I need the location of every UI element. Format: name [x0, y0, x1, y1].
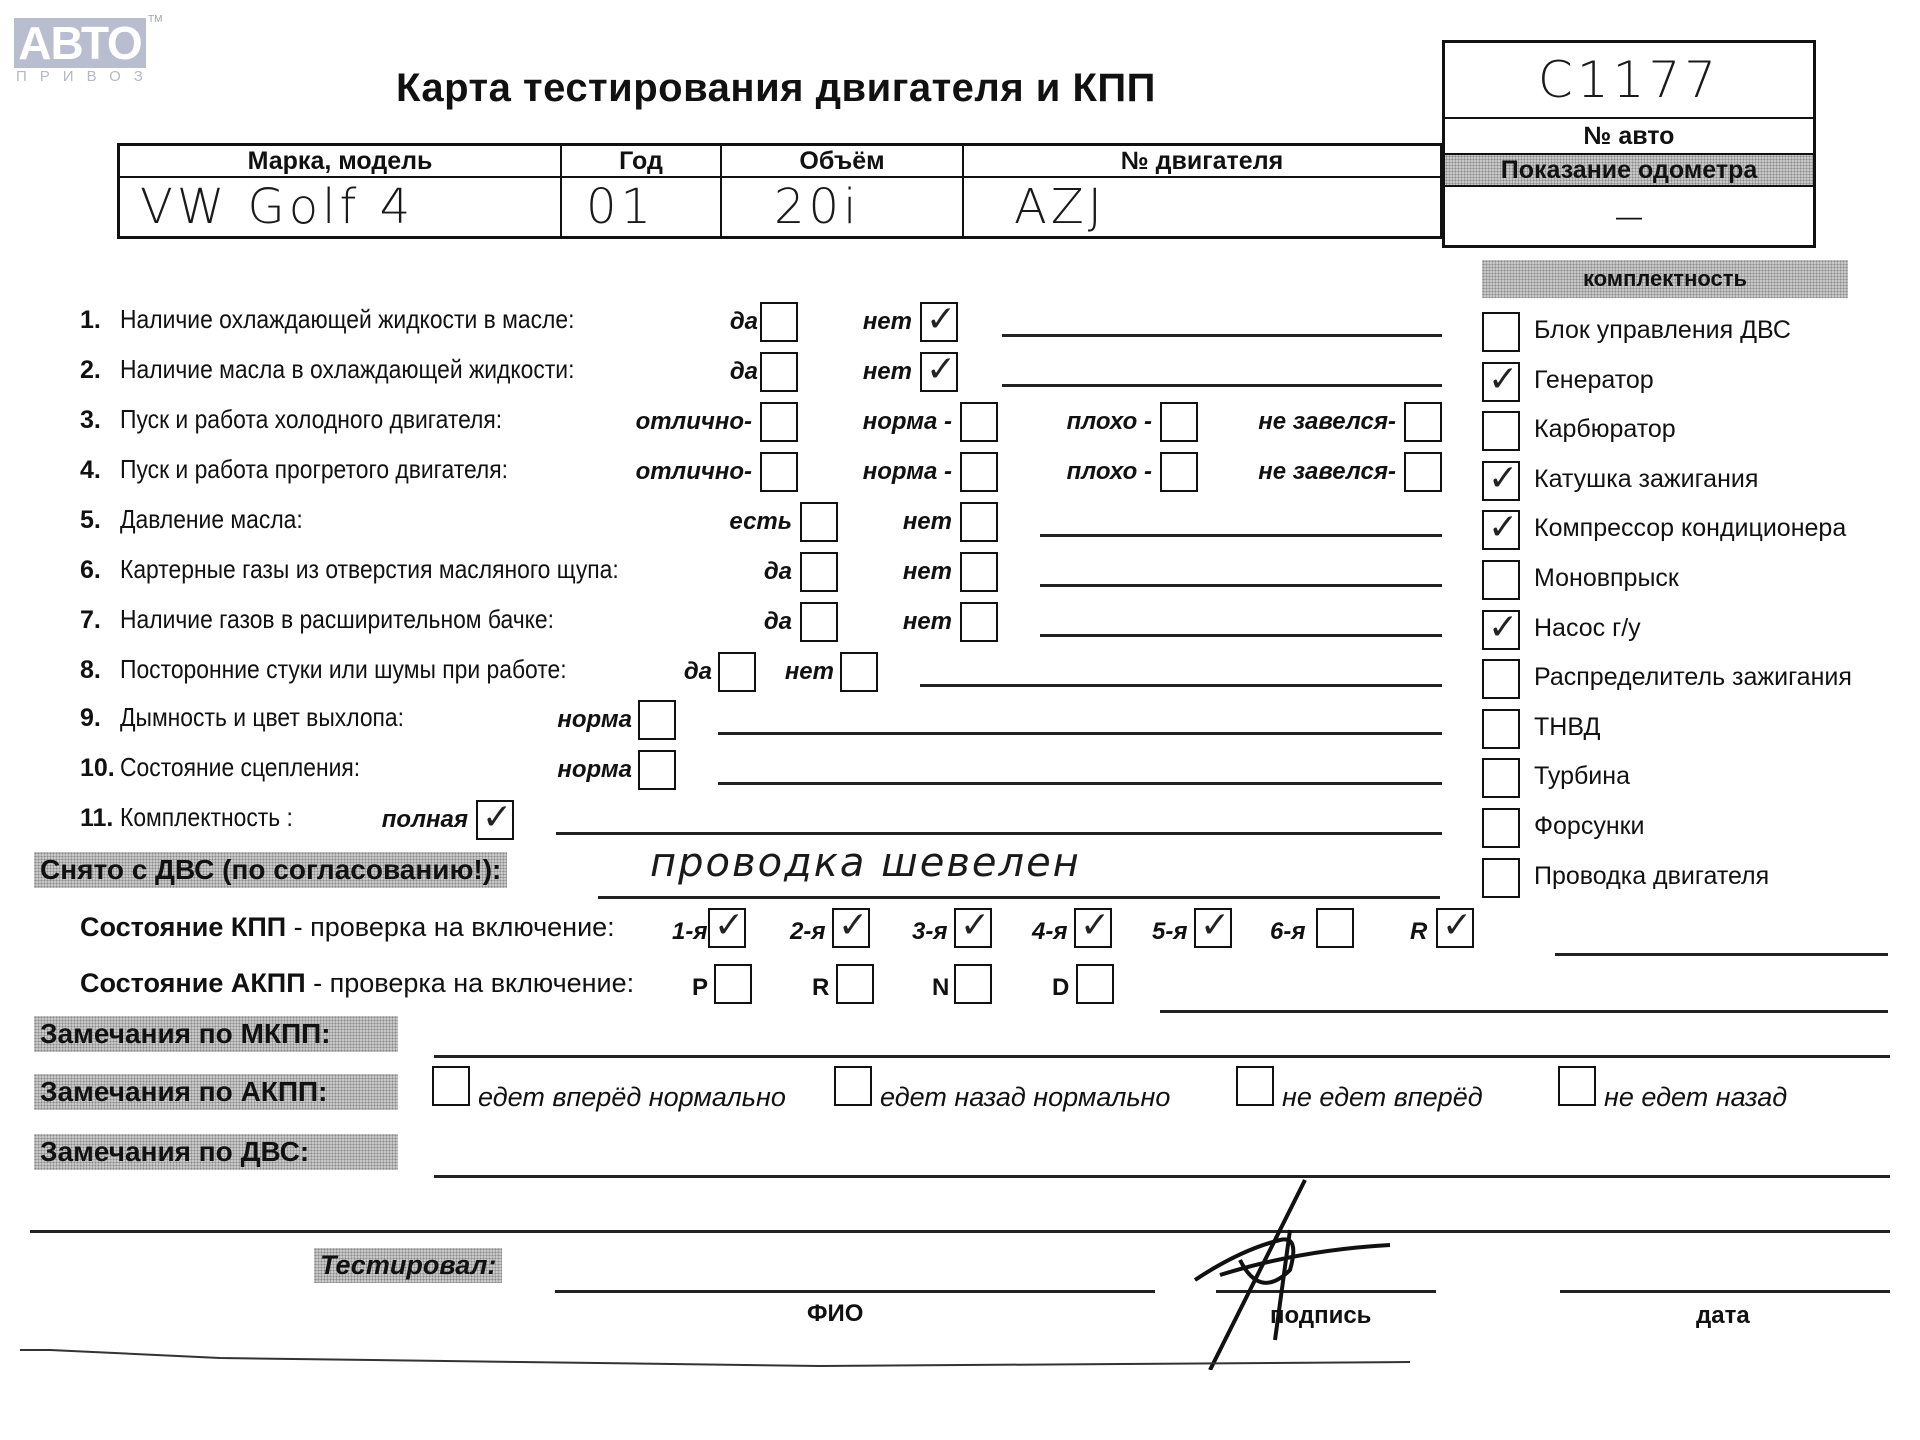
completeness-checkbox[interactable] — [1482, 312, 1520, 352]
question-text: Посторонние стуки или шумы при работе: — [120, 654, 567, 685]
removed-from-engine-label: Снято с ДВС (по согласованию!): — [34, 852, 507, 888]
completeness-item-label: Форсунки — [1534, 812, 1645, 841]
completeness-item-label: Моновпрыск — [1534, 564, 1679, 593]
volume-field[interactable]: 20i — [721, 177, 963, 238]
check-mark-icon: ✓ — [1080, 908, 1110, 944]
dvs-remarks-label: Замечания по ДВС: — [34, 1134, 398, 1170]
page-title: Карта тестирования двигателя и КПП — [396, 66, 1156, 111]
option-checkbox[interactable] — [960, 502, 998, 542]
option-label: не завелся- — [1258, 458, 1396, 486]
gear-checkbox[interactable]: ✓ — [832, 908, 870, 948]
akpp-remark-checkbox[interactable] — [834, 1066, 872, 1106]
option-label: да — [764, 608, 792, 636]
option-label: не завелся- — [1258, 408, 1396, 436]
option-checkbox[interactable] — [840, 652, 878, 692]
question-text: Наличие газов в расширительном бачке: — [120, 604, 554, 635]
logo-trademark: TM — [148, 14, 162, 25]
gear-label: 1-я — [672, 918, 707, 946]
option-label: да — [684, 658, 712, 686]
akpp-mode-label: P — [692, 974, 708, 1002]
akpp-mode-checkbox[interactable] — [836, 964, 874, 1004]
completeness-item-label: Карбюратор — [1534, 415, 1676, 444]
option-checkbox[interactable] — [960, 602, 998, 642]
question-text: Пуск и работа прогретого двигателя: — [120, 454, 508, 485]
check-mark-icon: ✓ — [714, 908, 744, 944]
mkpp-remarks-label: Замечания по МКПП: — [34, 1016, 398, 1052]
notes-line[interactable] — [920, 684, 1442, 687]
option-label: отлично- — [636, 408, 752, 436]
question-number: 7. — [80, 606, 101, 635]
option-checkbox[interactable] — [760, 302, 798, 342]
dvs-remarks-line[interactable] — [434, 1175, 1890, 1178]
gear-label: R — [1410, 918, 1427, 946]
question-text: Комплектность : — [120, 802, 293, 833]
kpp-remarks-line — [1555, 953, 1888, 956]
name-caption: ФИО — [807, 1300, 863, 1328]
date-line[interactable] — [1560, 1290, 1890, 1293]
gear-checkbox[interactable]: ✓ — [708, 908, 746, 948]
question-number: 11. — [80, 804, 113, 833]
check-mark-icon: ✓ — [1488, 510, 1518, 546]
option-checkbox[interactable]: ✓ — [476, 800, 514, 840]
option-checkbox[interactable] — [1404, 402, 1442, 442]
completeness-item-label: Компрессор кондиционера — [1534, 514, 1846, 543]
akpp-remarks-label: Замечания по АКПП: — [34, 1074, 398, 1110]
option-checkbox[interactable] — [718, 652, 756, 692]
option-checkbox[interactable] — [1404, 452, 1442, 492]
question-number: 4. — [80, 456, 101, 485]
option-label: да — [764, 558, 792, 586]
option-checkbox[interactable] — [1160, 402, 1198, 442]
completeness-checkbox[interactable] — [1482, 808, 1520, 848]
akpp-mode-checkbox[interactable] — [954, 964, 992, 1004]
dvs-remarks-line-2[interactable] — [30, 1230, 1890, 1233]
name-line[interactable] — [555, 1290, 1155, 1293]
gear-label: 5-я — [1152, 918, 1187, 946]
completeness-checkbox[interactable]: ✓ — [1482, 510, 1520, 550]
completeness-checkbox[interactable]: ✓ — [1482, 362, 1520, 402]
question-number: 9. — [80, 704, 101, 733]
make-model-header: Марка, модель — [119, 145, 562, 178]
completeness-item-label: Насос г/у — [1534, 614, 1641, 643]
completeness-checkbox[interactable]: ✓ — [1482, 461, 1520, 501]
check-mark-icon: ✓ — [1488, 362, 1518, 398]
completeness-item-label: ТНВД — [1534, 713, 1600, 742]
completeness-checkbox[interactable] — [1482, 560, 1520, 600]
akpp-remark-label: не едет вперёд — [1282, 1082, 1483, 1113]
akpp-remarks-line — [1160, 1010, 1888, 1013]
option-label: нет — [785, 658, 834, 686]
akpp-mode-checkbox[interactable] — [714, 964, 752, 1004]
completeness-item-label: Блок управления ДВС — [1534, 316, 1791, 345]
option-label: плохо - — [1067, 408, 1152, 436]
option-label: плохо - — [1067, 458, 1152, 486]
question-number: 6. — [80, 556, 101, 585]
check-mark-icon: ✓ — [482, 800, 512, 836]
gear-label: 2-я — [790, 918, 825, 946]
gear-checkbox[interactable]: ✓ — [1436, 908, 1474, 948]
gear-label: 4-я — [1032, 918, 1067, 946]
volume-header: Объём — [721, 145, 963, 178]
check-mark-icon: ✓ — [1200, 908, 1230, 944]
check-mark-icon: ✓ — [1442, 908, 1472, 944]
removed-from-engine-value[interactable]: проводка шевелен — [650, 840, 1081, 886]
option-checkbox[interactable]: ✓ — [920, 302, 958, 342]
car-number-field[interactable]: C1177 — [1445, 43, 1813, 119]
option-label: нет — [903, 608, 952, 636]
question-number: 2. — [80, 356, 101, 385]
akpp-label: Состояние АКПП - проверка на включение: — [80, 968, 634, 999]
option-checkbox[interactable] — [960, 402, 998, 442]
question-text: Наличие масла в охлаждающей жидкости: — [120, 354, 574, 385]
check-mark-icon: ✓ — [1488, 461, 1518, 497]
torn-edge — [20, 1340, 1420, 1380]
check-mark-icon: ✓ — [926, 302, 956, 338]
notes-line[interactable] — [1040, 584, 1442, 587]
question-number: 8. — [80, 656, 101, 685]
question-text: Дымность и цвет выхлопа: — [120, 702, 404, 733]
option-label: да — [730, 308, 758, 336]
option-label: норма — [557, 756, 632, 784]
completeness-checkbox[interactable] — [1482, 758, 1520, 798]
odometer-label: Показание одометра — [1445, 155, 1813, 187]
notes-line[interactable] — [718, 732, 1442, 735]
option-label: норма — [557, 706, 632, 734]
completeness-item-label: Катушка зажигания — [1534, 465, 1758, 494]
car-number-label: № авто — [1445, 119, 1813, 155]
option-checkbox[interactable] — [800, 552, 838, 592]
gear-checkbox[interactable]: ✓ — [1194, 908, 1232, 948]
akpp-remark-checkbox[interactable] — [1558, 1066, 1596, 1106]
option-checkbox[interactable] — [638, 750, 676, 790]
logo: АВТО — [14, 18, 146, 68]
question-number: 1. — [80, 306, 101, 335]
akpp-mode-label: D — [1052, 974, 1069, 1002]
option-checkbox[interactable] — [760, 452, 798, 492]
notes-line[interactable] — [1002, 384, 1442, 387]
odometer-field[interactable]: — — [1445, 187, 1813, 245]
completeness-checkbox[interactable] — [1482, 659, 1520, 699]
logo-subtitle: ПРИВОЗ — [16, 68, 156, 85]
option-checkbox[interactable] — [760, 352, 798, 392]
check-mark-icon: ✓ — [1488, 610, 1518, 646]
completeness-checkbox[interactable] — [1482, 709, 1520, 749]
notes-line[interactable] — [1002, 334, 1442, 337]
option-label: нет — [903, 558, 952, 586]
question-text: Состояние сцепления: — [120, 752, 360, 783]
akpp-remark-label: не едет назад — [1604, 1082, 1787, 1113]
option-checkbox[interactable]: ✓ — [920, 352, 958, 392]
question-text: Картерные газы из отверстия масляного щу… — [120, 554, 619, 585]
engine-number-field[interactable]: AZJ — [963, 177, 1442, 238]
question-text: Наличие охлаждающей жидкости в масле: — [120, 304, 574, 335]
option-label: полная — [382, 806, 468, 834]
option-checkbox[interactable] — [800, 502, 838, 542]
gear-label: 6-я — [1270, 918, 1305, 946]
completeness-title: комплектность — [1482, 260, 1848, 298]
make-model-field[interactable]: VW Golf 4 — [119, 177, 562, 238]
completeness-checkbox[interactable] — [1482, 858, 1520, 898]
date-caption: дата — [1696, 1302, 1750, 1330]
option-label: да — [730, 358, 758, 386]
option-checkbox[interactable] — [760, 402, 798, 442]
completeness-item-label: Генератор — [1534, 366, 1654, 395]
option-label: нет — [863, 358, 912, 386]
gear-label: 3-я — [912, 918, 947, 946]
option-label: норма - — [863, 458, 952, 486]
option-checkbox[interactable] — [960, 552, 998, 592]
notes-line[interactable] — [1040, 634, 1442, 637]
car-number-box: C1177 № авто Показание одометра — — [1442, 40, 1816, 248]
year-header: Год — [561, 145, 721, 178]
completeness-checkbox[interactable]: ✓ — [1482, 610, 1520, 650]
check-mark-icon: ✓ — [926, 352, 956, 388]
option-checkbox[interactable] — [960, 452, 998, 492]
option-label: есть — [729, 508, 792, 536]
completeness-item-label: Распределитель зажигания — [1534, 663, 1852, 692]
question-number: 10. — [80, 754, 115, 783]
vehicle-info-table: Марка, модель Год Объём № двигателя VW G… — [117, 143, 1443, 239]
kpp-label: Состояние КПП - проверка на включение: — [80, 912, 615, 943]
mkpp-remarks-line[interactable] — [434, 1055, 1890, 1058]
option-label: отлично- — [636, 458, 752, 486]
akpp-mode-checkbox[interactable] — [1076, 964, 1114, 1004]
completeness-item-label: Турбина — [1534, 762, 1630, 791]
removed-from-engine-line — [598, 896, 1440, 899]
option-checkbox[interactable] — [638, 700, 676, 740]
notes-line[interactable] — [556, 832, 1442, 835]
akpp-remark-checkbox[interactable] — [432, 1066, 470, 1106]
option-label: нет — [863, 308, 912, 336]
year-field[interactable]: 01 — [561, 177, 721, 238]
gear-checkbox[interactable]: ✓ — [1074, 908, 1112, 948]
option-label: норма - — [863, 408, 952, 436]
question-number: 3. — [80, 406, 101, 435]
akpp-remark-label: едет вперёд нормально — [478, 1082, 786, 1113]
akpp-remark-label: едет назад нормально — [880, 1082, 1170, 1113]
question-number: 5. — [80, 506, 101, 535]
check-mark-icon: ✓ — [838, 908, 868, 944]
option-label: нет — [903, 508, 952, 536]
completeness-checkbox[interactable] — [1482, 411, 1520, 451]
engine-number-header: № двигателя — [963, 145, 1442, 178]
akpp-mode-label: R — [812, 974, 829, 1002]
option-checkbox[interactable] — [1160, 452, 1198, 492]
option-checkbox[interactable] — [800, 602, 838, 642]
notes-line[interactable] — [1040, 534, 1442, 537]
notes-line[interactable] — [718, 782, 1442, 785]
completeness-item-label: Проводка двигателя — [1534, 862, 1769, 891]
question-text: Давление масла: — [120, 504, 303, 535]
gear-checkbox[interactable]: ✓ — [954, 908, 992, 948]
question-text: Пуск и работа холодного двигателя: — [120, 404, 502, 435]
akpp-remark-checkbox[interactable] — [1236, 1066, 1274, 1106]
akpp-mode-label: N — [932, 974, 949, 1002]
gear-checkbox[interactable] — [1316, 908, 1354, 948]
tested-by-label: Тестировал: — [314, 1248, 502, 1283]
check-mark-icon: ✓ — [960, 908, 990, 944]
